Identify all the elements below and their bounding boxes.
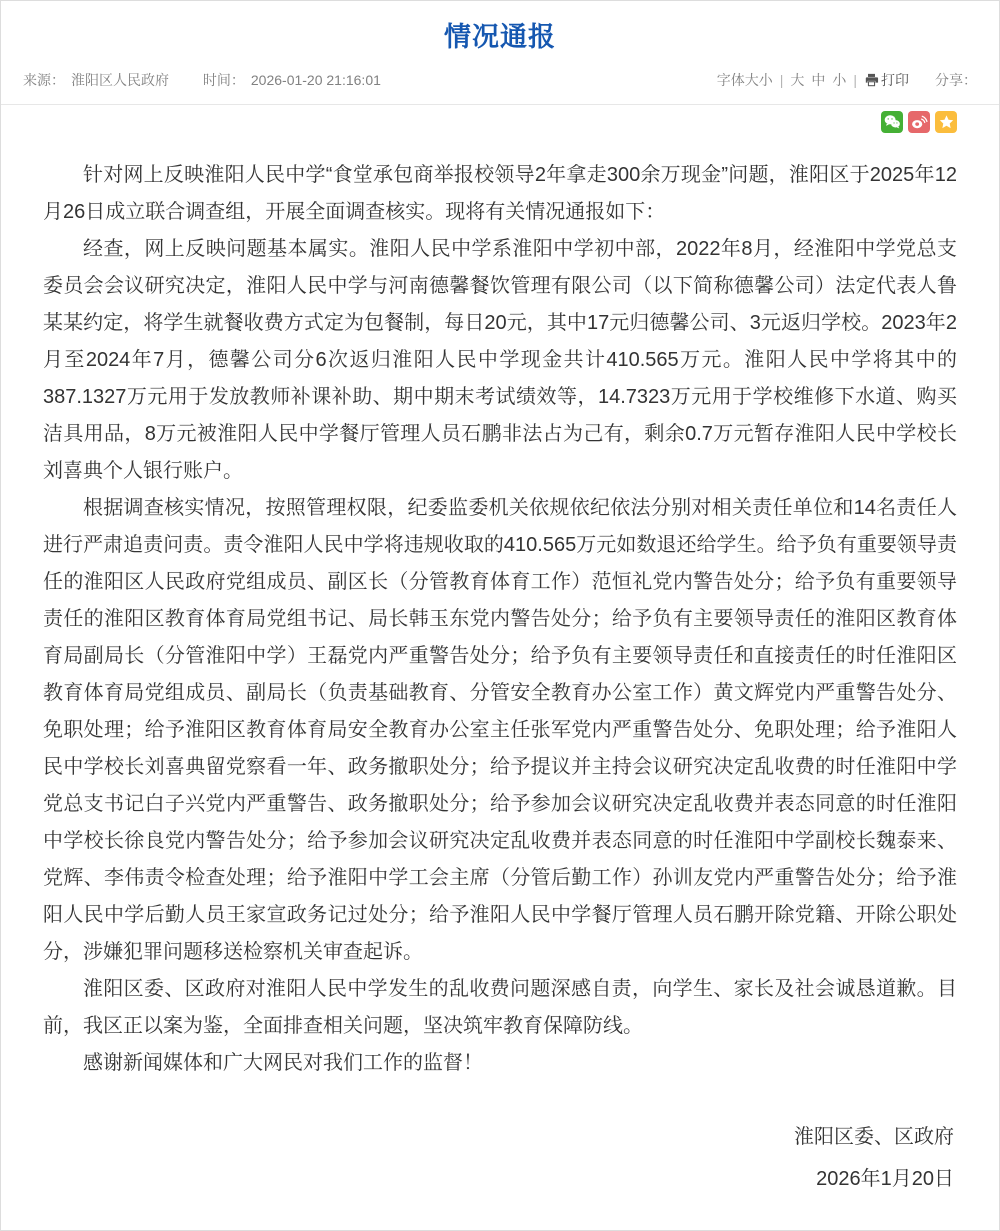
- separator: |: [780, 72, 784, 88]
- qzone-share-button[interactable]: [935, 111, 957, 133]
- print-button[interactable]: 打印: [864, 70, 909, 90]
- font-size-medium-button[interactable]: 中: [811, 70, 825, 90]
- paragraph-1: 针对网上反映淮阳人民中学“食堂承包商举报校领导2年拿走300余万现金”问题，淮阳…: [43, 157, 957, 231]
- signature-date: 2026年1月20日: [46, 1158, 954, 1200]
- printer-icon: [864, 73, 879, 87]
- font-size-label: 字体大小: [717, 70, 773, 90]
- print-label: 打印: [881, 70, 909, 90]
- page-title: 情况通报: [21, 15, 979, 54]
- paragraph-4: 淮阳区委、区政府对淮阳人民中学发生的乱收费问题深感自责，向学生、家长及社会诚恳道…: [43, 971, 957, 1045]
- meta-source-time: 来源：淮阳区人民政府 时间：2026-01-20 21:16:01: [23, 70, 387, 90]
- source-label: 来源：: [23, 72, 65, 88]
- separator: |: [853, 72, 857, 88]
- wechat-icon: [883, 114, 901, 130]
- font-size-large-button[interactable]: 大: [790, 70, 804, 90]
- weibo-icon: [910, 114, 928, 130]
- notice-body: 针对网上反映淮阳人民中学“食堂承包商举报校领导2年拿走300余万现金”问题，淮阳…: [1, 133, 999, 1082]
- time-value: 2026-01-20 21:16:01: [251, 72, 381, 88]
- paragraph-2: 经查，网上反映问题基本属实。淮阳人民中学系淮阳中学初中部，2022年8月，经淮阳…: [43, 231, 957, 490]
- share-label: 分享：: [935, 70, 977, 90]
- time-label: 时间：: [203, 72, 245, 88]
- signature-block: 淮阳区委、区政府 2026年1月20日: [1, 1082, 999, 1230]
- wechat-share-button[interactable]: [881, 111, 903, 133]
- meta-tools: 字体大小 | 大 中 小 | 打印 分享：: [717, 70, 977, 90]
- star-icon: [938, 114, 955, 130]
- paragraph-5: 感谢新闻媒体和广大网民对我们工作的监督！: [43, 1045, 957, 1082]
- share-icons-row: [1, 105, 999, 133]
- weibo-share-button[interactable]: [908, 111, 930, 133]
- signature-name: 淮阳区委、区政府: [46, 1116, 954, 1158]
- source-value: 淮阳区人民政府: [71, 72, 169, 88]
- notice-page: 情况通报 来源：淮阳区人民政府 时间：2026-01-20 21:16:01 字…: [0, 0, 1000, 1231]
- meta-bar: 来源：淮阳区人民政府 时间：2026-01-20 21:16:01 字体大小 |…: [1, 70, 999, 105]
- font-size-small-button[interactable]: 小: [832, 70, 846, 90]
- paragraph-3: 根据调查核实情况，按照管理权限，纪委监委机关依规依纪依法分别对相关责任单位和14…: [43, 490, 957, 971]
